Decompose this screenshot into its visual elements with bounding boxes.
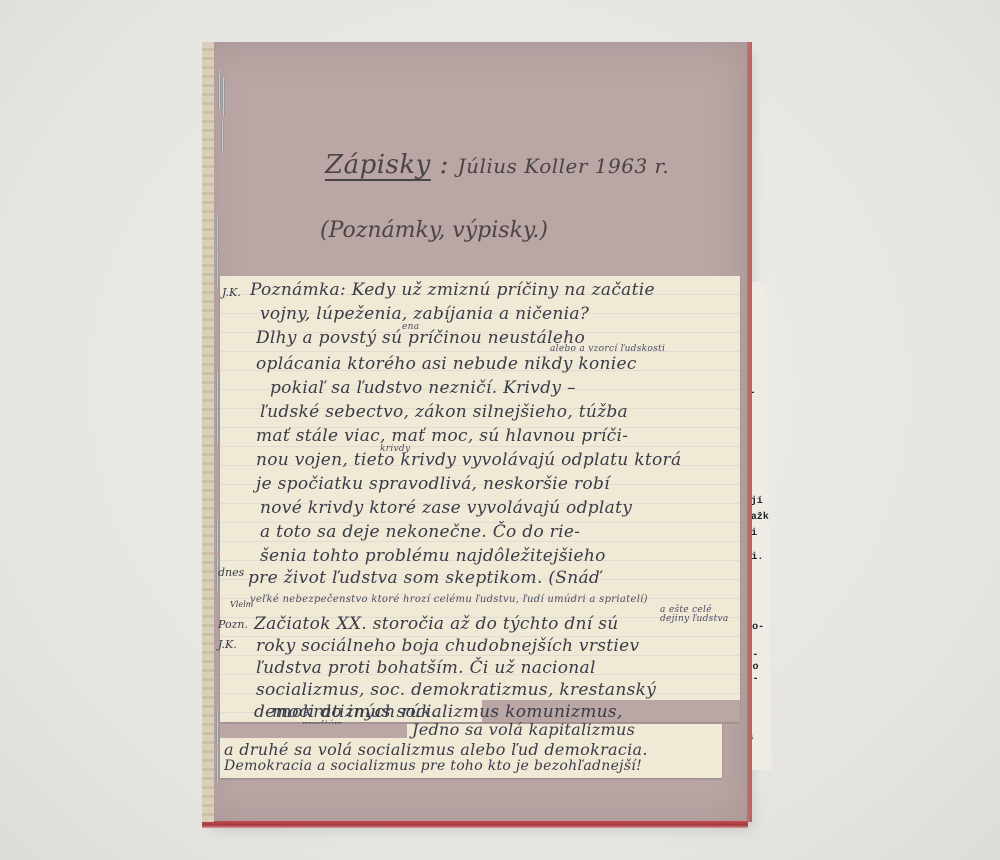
note-line: nové krivdy ktoré zase vyvolávajú odplat… [260,498,632,518]
note-line: šenia tohto problému najdôležitejšieho [260,546,606,566]
margin-label: J.K. [218,638,237,651]
staple-icon [216,252,219,286]
binding-thread [202,42,214,822]
interlinear-note: veľké nebezpečenstvo ktoré hrozí celému … [250,594,648,605]
note-line: roky sociálneho boja chudobnejších vrsti… [256,636,639,656]
note-line: pokiaľ sa ľudstvo nezničí. Krivdy – [270,378,576,398]
staple-icon [221,122,224,154]
staple-icon [218,70,221,108]
note-line: mať stále viac, mať moc, sú hlavnou príč… [256,426,628,446]
note-line: Dlhy a povstý sú príčinou neustáleho [256,328,585,348]
note-line: vojny, lúpeženia, zabíjania a ničenia? [260,304,589,324]
bottom-line: Demokracia a socializmus pre toho kto je… [224,758,642,774]
note-line: moci do iných rúk. [272,702,437,722]
staple-icon [216,748,219,782]
red-page-edge [202,821,748,828]
staple-icon [216,518,219,552]
interlinear-note: a ešte celé dejiny ľudstva [660,606,730,624]
bottom-line: Jedno sa volá kapitalizmus [412,720,635,739]
staple-icon [216,372,219,406]
bottom-line: a druhé sa volá socializmus alebo ľud de… [224,740,648,759]
title-text: Zápisky [325,150,431,180]
note-line: a toto sa deje nekonečne. Čo do rie- [260,522,580,542]
bottom-note-slip: Jedno sa volá kapitalizmus a druhé sa vo… [220,724,722,778]
author-year: Július Koller 1963 r. [458,154,670,178]
staple-icon [222,78,225,116]
interlinear-note: alebo a vzorcí ľudskosti [550,344,665,354]
note-line: Začiatok XX. storočia až do týchto dní s… [254,614,619,634]
red-page-edge-right [747,42,752,822]
slip-notch [220,724,407,738]
margin-label: J.K. [222,286,241,299]
note-line: nou vojen, tieto krivdy vyvolávajú odpla… [256,450,681,470]
handwritten-note-slip: J.K. dnes Vlelm Pozn. J.K. Poznámka: Ked… [220,276,740,722]
cover-subtitle: (Poznámky, výpisky.) [320,218,548,243]
staple-icon [216,214,219,248]
margin-label: Pozn. [218,618,248,631]
staple-icon [216,710,219,744]
note-line: je spočiatku spravodlivá, neskoršie robí [256,474,610,494]
note-line: socializmus, soc. demokratizmus, krestan… [256,680,656,700]
note-line: pre život ľudstva som skeptikom. (Snáď [248,568,600,588]
cover-title: Zápisky : Július Koller 1963 r. [325,150,669,180]
notebook-cover: Zápisky : Július Koller 1963 r. (Poznámk… [202,42,748,822]
title-separator: : [440,150,449,180]
staple-icon [216,410,219,444]
note-line: oplácania ktorého asi nebude nikdy konie… [256,354,637,374]
margin-label: dnes [218,566,244,579]
note-line: ľudstva proti bohatším. Či už nacional [256,658,596,678]
note-line: ľudské sebectvo, zákon silnejšieho, túžb… [260,402,628,422]
note-line: Poznámka: Kedy už zmiznú príčiny na zača… [250,280,655,300]
